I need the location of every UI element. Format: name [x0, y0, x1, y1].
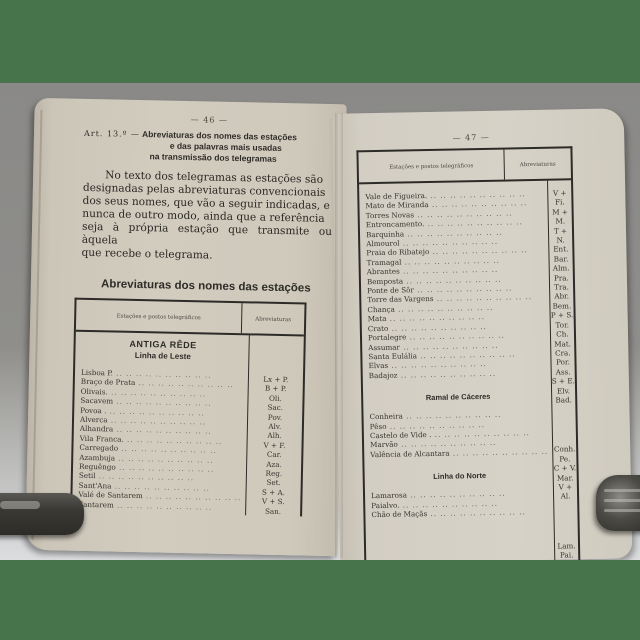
station-name: Mata [368, 314, 387, 323]
table-row: Chão de Maçãs .. .. .. .. .. .. .. .. ..… [371, 507, 549, 520]
page-number-right: — 47 — [346, 131, 596, 145]
station-name: Lisboa P. [81, 368, 113, 378]
station-name: Tramagal [366, 257, 401, 267]
top-banner [0, 0, 640, 83]
abbreviation-table-left: Estações e postos telegráficos Abreviatu… [70, 298, 306, 517]
station-abbreviation: Conh. [553, 445, 576, 455]
left-page-content: — 46 — Art. 13.º — Abreviaturas dos nome… [76, 113, 334, 517]
station-abbreviation: S + E. [552, 376, 575, 386]
station-abbreviation: Lam. [555, 541, 578, 551]
station-name: Olivais. [81, 387, 108, 397]
left-page: — 46 — Art. 13.º — Abreviaturas dos nome… [25, 98, 346, 556]
book-spine [335, 113, 343, 558]
station-name: Carregado [79, 443, 118, 453]
article-title-line1: Abreviaturas dos nomes das estações [142, 129, 297, 142]
section-title: ANTIGA RÊDE [82, 338, 245, 351]
station-name: Azambuja [79, 452, 115, 462]
station-abbreviation: Por. [551, 358, 574, 368]
station-abbreviation: V + Fi. [548, 188, 571, 207]
binder-clip-right [596, 475, 640, 531]
station-name: Abrantes [367, 267, 400, 277]
station-abbreviation: T + N. [549, 226, 572, 245]
station-name: Portalegre [368, 333, 406, 343]
col-header-station: Estações e postos telegráficos [76, 300, 243, 333]
station-abbreviation: Elv. [552, 386, 575, 396]
station-abbreviation: Tor. [551, 320, 574, 330]
station-name: Sacavem [80, 396, 113, 406]
station-names-column: ANTIGA RÊDE Linha de Leste Lisboa P. .. … [72, 332, 250, 516]
station-name: Vila Franca. [80, 434, 124, 444]
leader-dots: .. .. .. .. .. .. .. .. .. .. [403, 410, 502, 421]
station-abbreviation: C + V. [553, 463, 576, 473]
station-names-column: Vale de Figueira. .. .. .. .. .. .. .. .… [359, 181, 556, 560]
table-row: Badajoz .. .. .. .. .. .. .. .. .. .. [369, 367, 547, 380]
station-abbreviation: Pra. [550, 273, 573, 283]
leader-dots: .. .. .. .. .. .. .. .. .. .. [427, 507, 526, 518]
subsection-title: Linha de Leste [81, 350, 244, 362]
station-abbreviation: Ch. [551, 329, 574, 339]
leader-dots: .. .. .. .. .. .. .. .. .. .. [429, 246, 528, 257]
station-name: Sant'Ana [79, 481, 112, 491]
table-title: Abreviaturas dos nomes das estações [81, 278, 331, 295]
station-abbreviation: Pai. [555, 550, 578, 560]
col-header-abbr: Abreviaturas [504, 148, 571, 179]
station-name: Alverca [80, 415, 108, 425]
station-abbreviation: P + S. [550, 311, 573, 321]
station-name: Alhandra [80, 424, 114, 434]
station-abbreviation: Tra. [550, 282, 573, 292]
col-header-station: Estações e postos telegráficos [358, 150, 505, 183]
station-abbreviation: V + Al. [554, 482, 577, 501]
station-name: Bemposta [367, 276, 403, 286]
station-name: Paialvo. [371, 500, 399, 510]
station-abbreviation: Abr. [550, 292, 573, 302]
station-name: Chão de Maçãs [371, 509, 427, 519]
station-abbreviation: San. [246, 506, 300, 517]
abbreviation-table-right: Estações e postos telegráficos Abreviatu… [356, 146, 580, 560]
station-abbreviation: Bar. [549, 254, 572, 264]
page-number-left: — 46 — [84, 113, 334, 127]
section-title: Linha do Norte [371, 470, 549, 482]
intro-paragraph: No texto dos telegramas as estações são … [81, 169, 333, 265]
station-abbreviation: Ent. [549, 245, 572, 255]
right-page: — 47 — Estações e postos telegráficos Ab… [332, 108, 633, 560]
station-abbreviation: Bem. [550, 301, 573, 311]
leader-dots: .. .. .. .. .. .. .. .. .. .. [424, 217, 523, 228]
col-header-abbr: Abreviaturas [242, 303, 305, 334]
table-body: Vale de Figueira. .. .. .. .. .. .. .. .… [359, 180, 579, 560]
station-name: Elvas [368, 361, 388, 370]
leader-dots: .. .. .. .. .. .. .. .. .. .. [431, 428, 530, 439]
station-name: Almourol [366, 239, 399, 249]
article-label: Art. 13.º — [84, 129, 140, 139]
article-heading: Art. 13.º — Abreviaturas dos nomes das e… [83, 128, 334, 166]
table-header: Estações e postos telegráficos Abreviatu… [76, 300, 305, 337]
station-abbreviation: M + M. [548, 207, 571, 226]
station-name: Conheira [369, 412, 403, 422]
station-abbreviation: Bad. [552, 395, 575, 405]
section-spacer [552, 405, 576, 445]
station-name: Crato [368, 323, 389, 332]
right-page-content: — 47 — Estações e postos telegráficos Ab… [346, 131, 605, 560]
station-name: Povoa . [80, 405, 106, 415]
station-abbreviation: Mat. [551, 339, 574, 349]
book-photo: — 46 — Art. 13.º — Abreviaturas dos nome… [0, 83, 640, 560]
station-name: Pêso [370, 421, 387, 430]
station-name: Chança [367, 305, 395, 315]
station-abbreviation: Ass. [552, 367, 575, 377]
station-name: Reguêngo [79, 462, 116, 472]
leader-dots: .. .. .. .. .. .. .. .. .. .. [429, 199, 528, 210]
binder-clip-left [0, 493, 84, 535]
leader-dots: .. .. .. .. .. .. .. .. .. .. [433, 293, 532, 304]
station-name: Ponte de Sôr [367, 285, 414, 295]
bottom-banner [0, 560, 640, 640]
station-name: Santa Eulália [368, 351, 417, 361]
station-name: Valência de Alcantara [370, 448, 450, 459]
leader-dots: .. .. .. .. .. .. .. .. .. .. [397, 368, 496, 379]
station-abbreviation: Mar. [554, 473, 577, 483]
station-name: Badajoz [369, 370, 398, 380]
section-spacer [554, 501, 578, 541]
table-header: Estações e postos telegráficos Abreviatu… [358, 148, 571, 184]
leader-dots: .. .. .. .. .. .. .. .. .. .. [114, 500, 213, 511]
abbreviations-column: Lx + P.B + P.Oli.Sac.Pov.Alv.Alh.V + F.C… [246, 335, 304, 516]
station-abbreviation: Cra. [551, 348, 574, 358]
station-name: Lamarosa [371, 491, 407, 501]
station-name: Assumar [368, 342, 400, 352]
station-abbreviation: Pe. [553, 454, 576, 464]
table-row: Valência de Alcantara .. .. .. .. .. .. … [370, 447, 548, 460]
station-name: Barquinha [366, 229, 404, 239]
leader-dots: .. .. .. .. .. .. .. .. .. .. [450, 447, 549, 458]
station-name: Setil [79, 471, 96, 480]
station-abbreviation: Alm. [550, 263, 573, 273]
leader-dots: .. .. .. .. .. .. .. .. .. .. [417, 349, 516, 360]
station-name: Torres Novas [366, 210, 414, 220]
table-body: ANTIGA RÊDE Linha de Leste Lisboa P. .. … [72, 332, 304, 517]
section-title: Ramal de Cáceres [369, 391, 547, 403]
station-name: Marvão [370, 440, 398, 450]
